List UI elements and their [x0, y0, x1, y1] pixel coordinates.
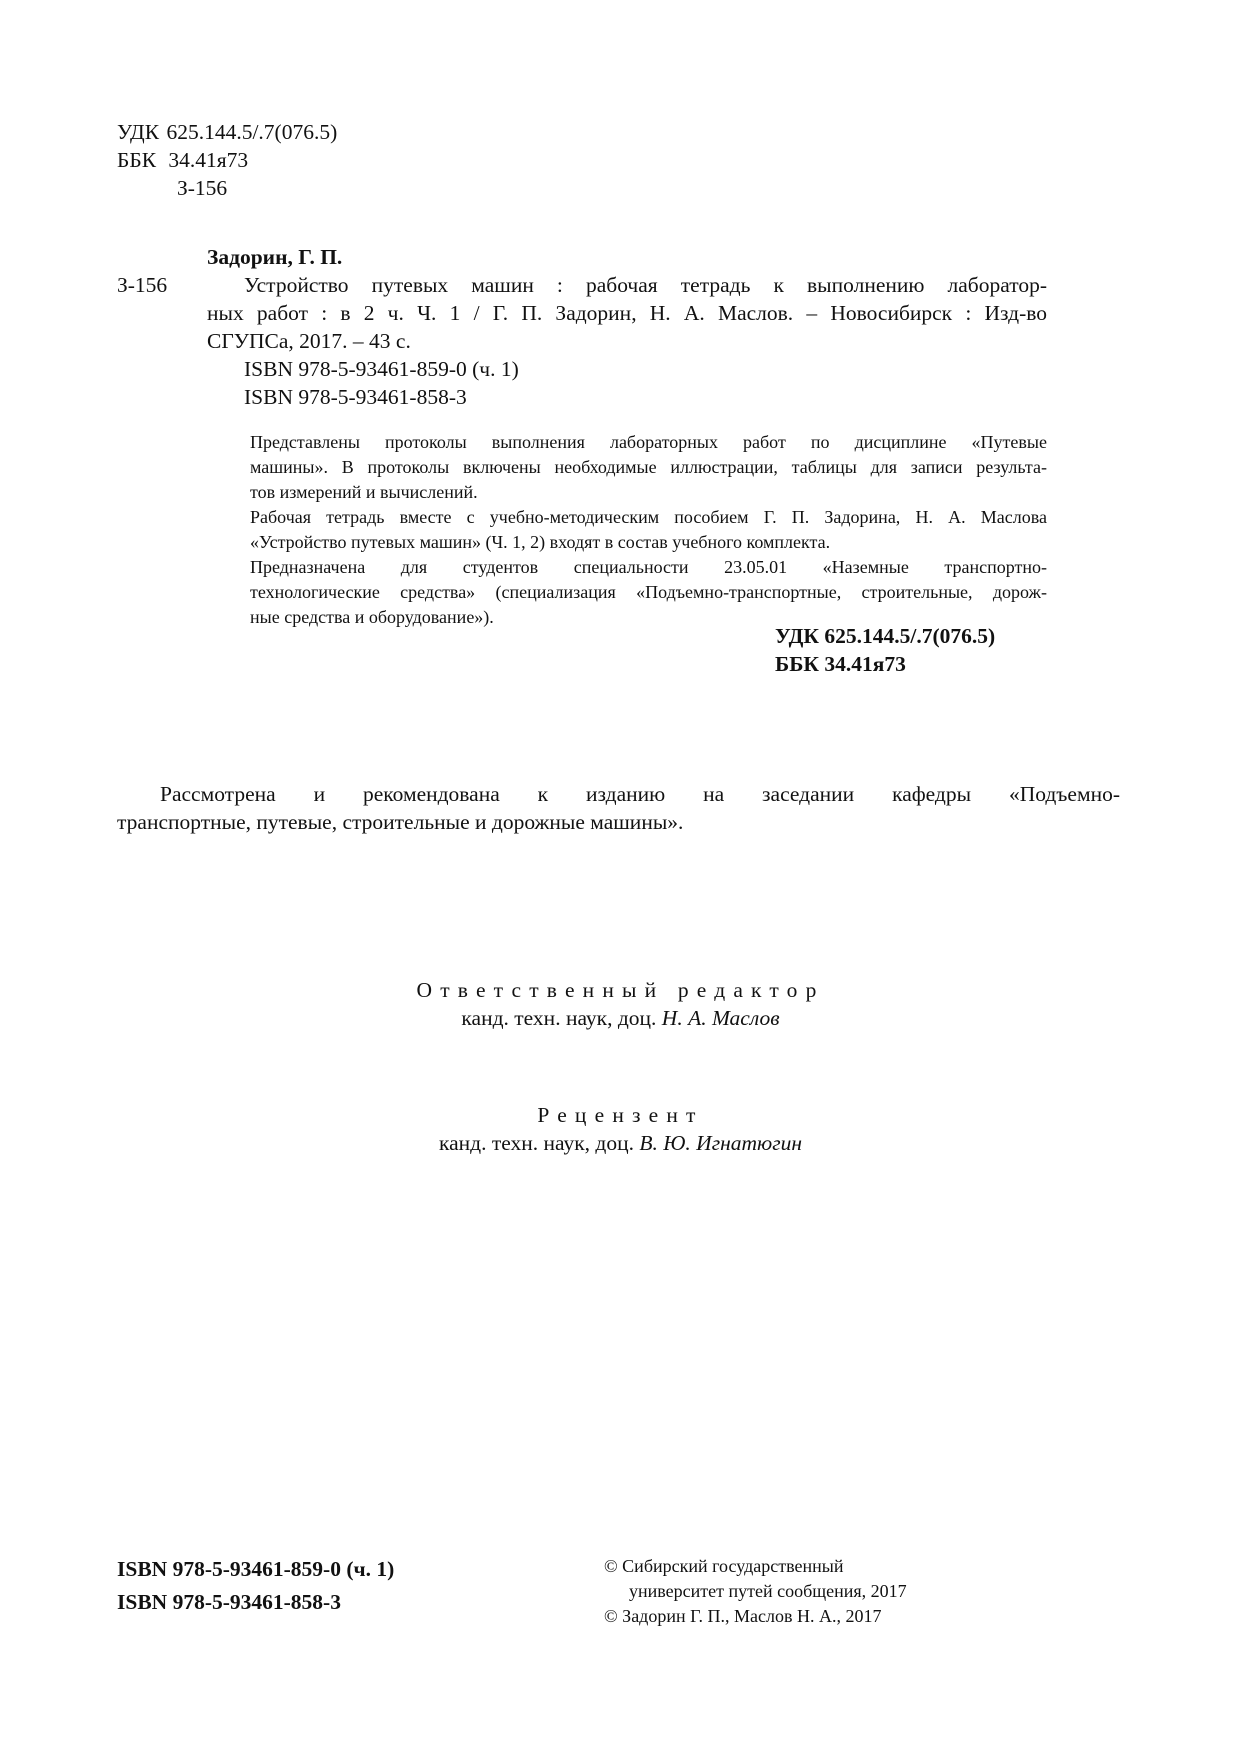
annotation-line: «Устройство путевых машин» (Ч. 1, 2) вхо…: [250, 530, 1047, 555]
copyright-line: © Сибирский государственный: [604, 1554, 843, 1579]
bibliographic-description: Устройство путевых машин : рабочая тетра…: [207, 271, 1047, 411]
bbk-label: ББК: [117, 148, 156, 172]
editor-line: канд. техн. наук, доц. Н. А. Маслов: [0, 1004, 1241, 1032]
footer-isbn-2: ISBN 978-5-93461-858-3: [117, 1588, 341, 1616]
udk-value: 625.144.5/.7(076.5): [166, 120, 337, 144]
reviewer-credentials: канд. техн. наук, доц.: [439, 1131, 634, 1155]
bbk-value: 34.41я73: [168, 148, 248, 172]
description-line: ных работ : в 2 ч. Ч. 1 / Г. П. Задорин,…: [207, 299, 1047, 327]
reviewer-name: В. Ю. Игнатюгин: [639, 1131, 802, 1155]
annotation-line: Представлены протоколы выполнения лабора…: [250, 430, 1047, 455]
footer-isbn-1: ISBN 978-5-93461-859-0 (ч. 1): [117, 1555, 394, 1583]
approval-note: Рассмотрена и рекомендована к изданию на…: [117, 780, 1120, 836]
editor-credentials: канд. техн. наук, доц.: [461, 1006, 656, 1030]
bbk-bold: ББК 34.41я73: [775, 650, 906, 678]
annotation-line: машины». В протоколы включены необходимы…: [250, 455, 1047, 480]
author-sign: З-156: [177, 174, 227, 202]
udk-bold: УДК 625.144.5/.7(076.5): [775, 622, 995, 650]
author-heading: Задорин, Г. П.: [207, 243, 342, 271]
annotation-line: Рабочая тетрадь вместе с учебно-методиче…: [250, 505, 1047, 530]
approval-line: Рассмотрена и рекомендована к изданию на…: [117, 780, 1120, 808]
editor-name: Н. А. Маслов: [662, 1006, 780, 1030]
annotation-line: технологические средства» (специализация…: [250, 580, 1047, 605]
approval-line: транспортные, путевые, строительные и до…: [117, 808, 1120, 836]
udk-label: УДК: [117, 120, 159, 144]
reviewer-line: канд. техн. наук, доц. В. Ю. Игнатюгин: [0, 1129, 1241, 1157]
bbk-line: ББК 34.41я73: [117, 146, 248, 174]
annotation: Представлены протоколы выполнения лабора…: [250, 430, 1047, 630]
annotation-line: Предназначена для студентов специальност…: [250, 555, 1047, 580]
udk-line: УДК 625.144.5/.7(076.5): [117, 118, 337, 146]
editor-title: Ответственный редактор: [0, 976, 1241, 1004]
copyright-line: © Задорин Г. П., Маслов Н. А., 2017: [604, 1604, 881, 1629]
copyright-line: университет путей сообщения, 2017: [629, 1579, 907, 1604]
shelf-code: З-156: [117, 271, 167, 299]
reviewer-title: Рецензент: [0, 1101, 1241, 1129]
description-line: СГУПСа, 2017. – 43 с.: [207, 327, 1047, 355]
description-line: Устройство путевых машин : рабочая тетра…: [207, 271, 1047, 299]
isbn-line: ISBN 978-5-93461-858-3: [207, 383, 1047, 411]
isbn-line: ISBN 978-5-93461-859-0 (ч. 1): [207, 355, 1047, 383]
annotation-line: тов измерений и вычислений.: [250, 480, 1047, 505]
